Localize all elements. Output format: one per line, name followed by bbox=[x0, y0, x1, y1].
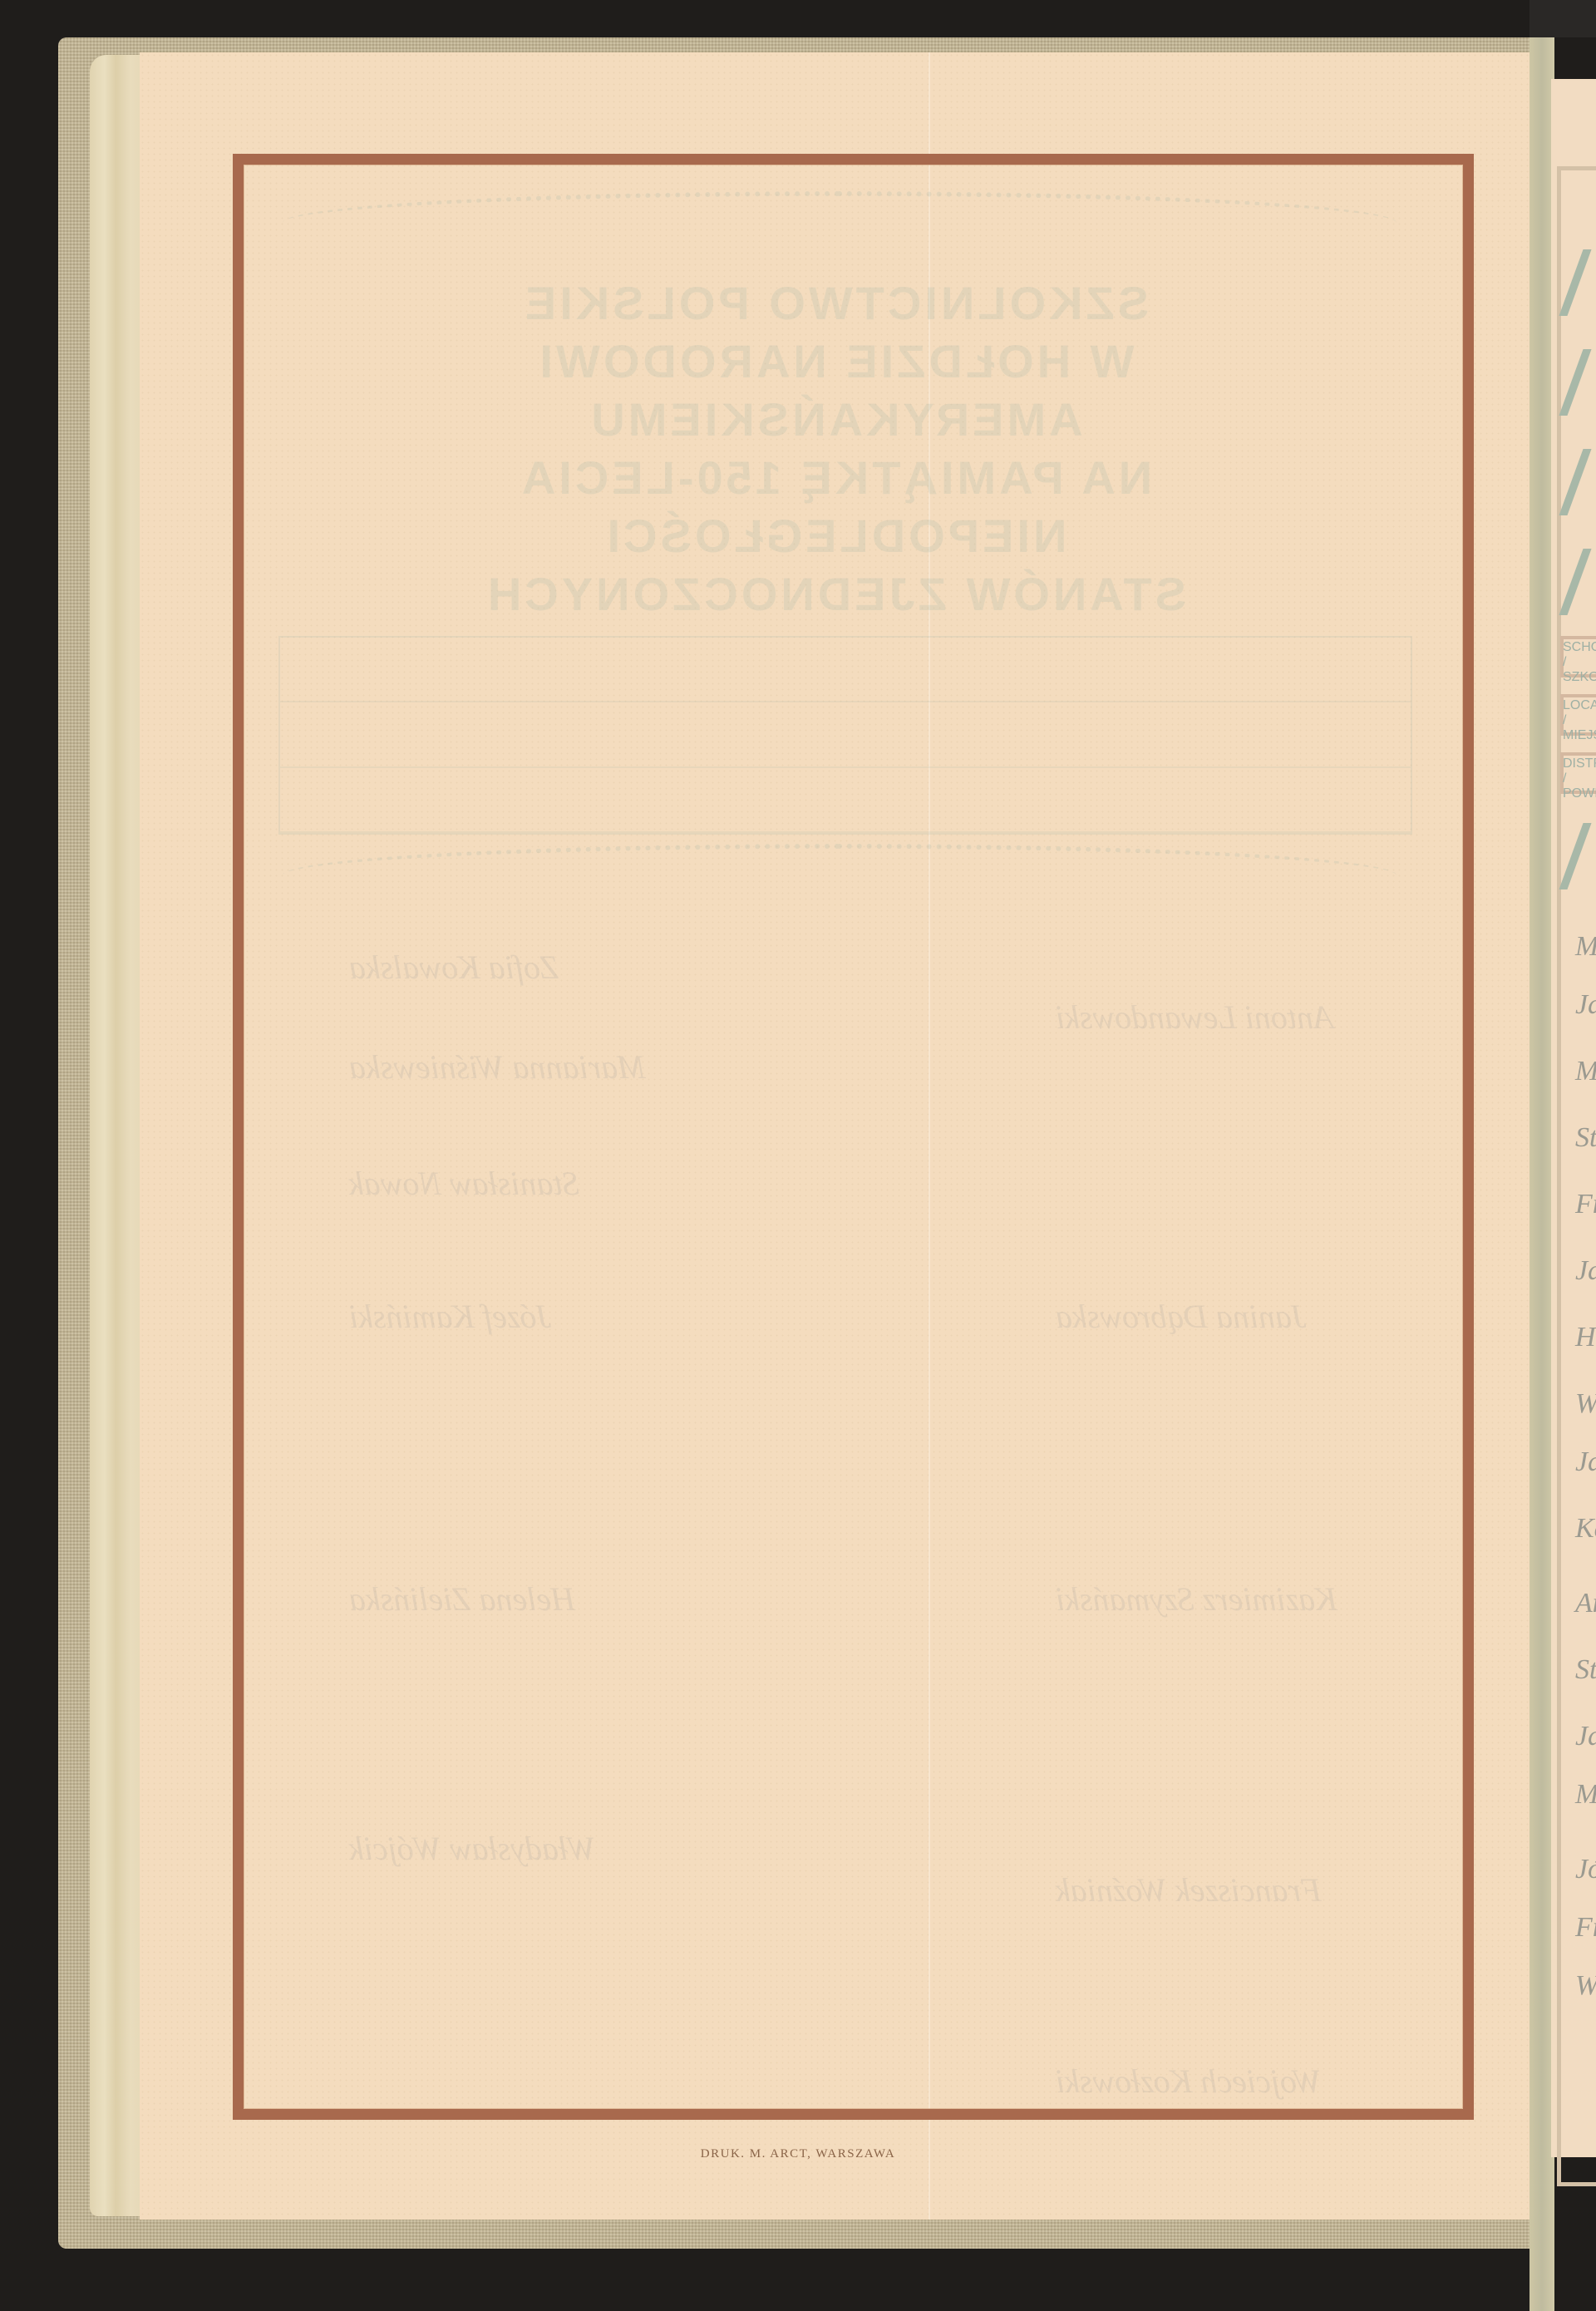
adjacent-handwriting: Wal bbox=[1575, 1388, 1596, 1420]
decorative-border-frame bbox=[233, 154, 1474, 2120]
adjacent-label: LOCAL / MIEJSC bbox=[1563, 698, 1596, 743]
adjacent-handwriting: Ja bbox=[1575, 989, 1596, 1021]
frame-inner-line bbox=[244, 165, 1463, 2109]
adjacent-handwriting: Ma bbox=[1575, 1056, 1596, 1087]
adjacent-handwriting: Józ bbox=[1575, 1854, 1596, 1885]
adjacent-handwriting: Woj bbox=[1575, 1970, 1596, 2002]
adjacent-handwriting: Fra bbox=[1575, 1912, 1596, 1944]
adjacent-handwriting: An bbox=[1575, 1588, 1596, 1619]
scan-background bbox=[1529, 0, 1596, 37]
adjacent-handwriting: Jan bbox=[1575, 1721, 1596, 1752]
adjacent-handwriting: Fran bbox=[1575, 1189, 1596, 1220]
adjacent-handwriting: Mic bbox=[1575, 1779, 1596, 1811]
adjacent-handwriting: St bbox=[1575, 1122, 1596, 1154]
adjacent-handwriting: Jan bbox=[1575, 1255, 1596, 1287]
adjacent-handwriting: Stef bbox=[1575, 1654, 1596, 1686]
adjacent-handwriting: Kaz bbox=[1575, 1513, 1596, 1545]
printer-mark: DRUK. M. ARCT, WARSZAWA bbox=[0, 2147, 1596, 2161]
adjacent-handwriting: Ma bbox=[1575, 931, 1596, 963]
adjacent-handwriting: Jadw bbox=[1575, 1446, 1596, 1478]
adjacent-handwriting: Hele bbox=[1575, 1322, 1596, 1353]
adjacent-label: DISTRI / POWIA bbox=[1563, 756, 1596, 801]
adjacent-label: SCHOO / SZKOŁ bbox=[1563, 640, 1596, 685]
